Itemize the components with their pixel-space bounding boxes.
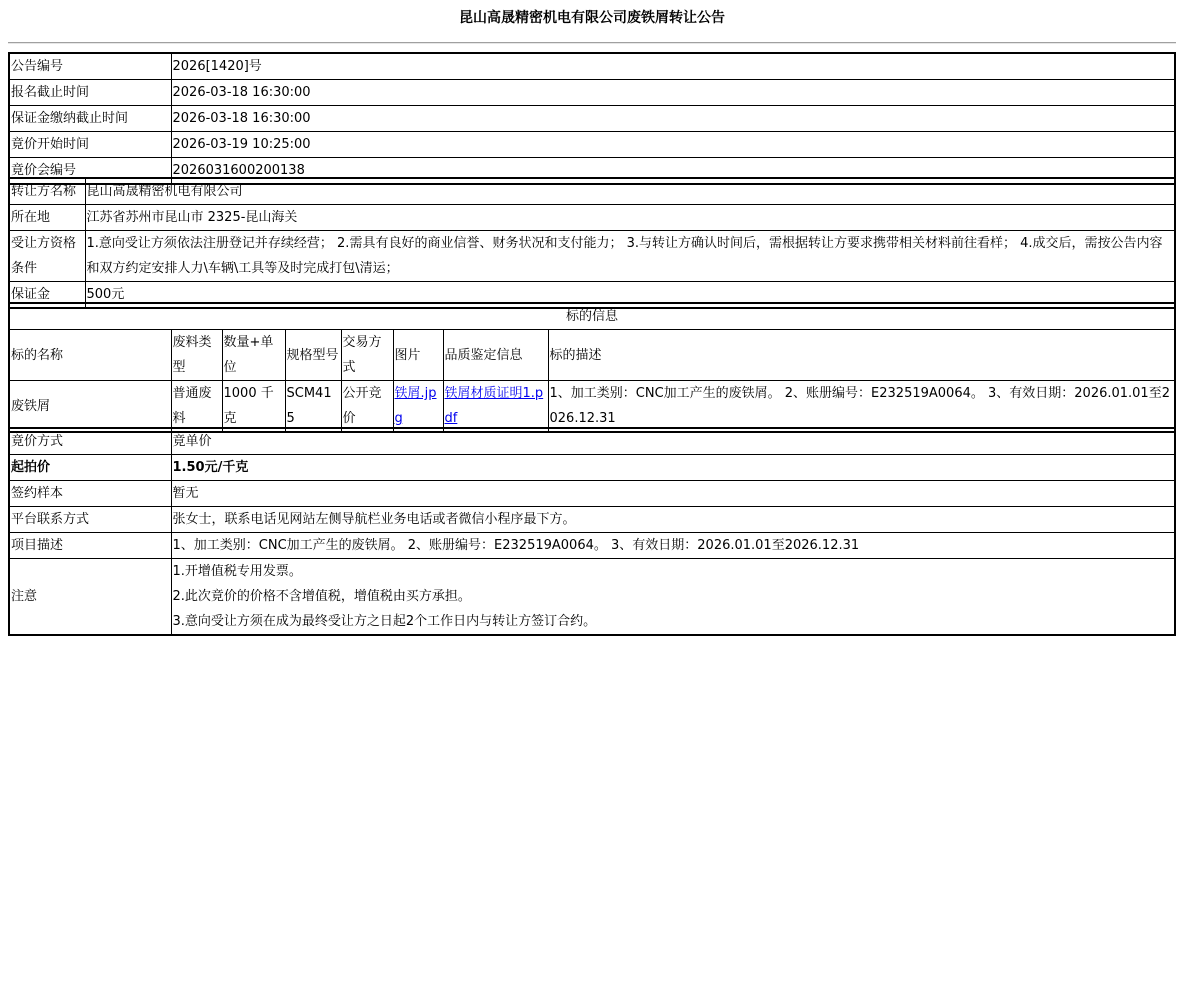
item-image-cell: 铁屑.jpg [393, 381, 443, 433]
platform-contact: 张女士，联系电话见网站左侧导航栏业务电话或者微信小程序最下方。 [171, 507, 1175, 533]
table-row: 竟价方式 竟单价 [9, 428, 1175, 455]
announcement-number: 2026[1420]号 [171, 53, 1175, 80]
project-description: 1、加工类别：CNC加工产生的废铁屑。 2、账册编号：E232519A0064。… [171, 533, 1175, 559]
table-row: 签约样本 暂无 [9, 481, 1175, 507]
title-divider [8, 42, 1176, 44]
section-header-row: 标的信息 [9, 303, 1175, 330]
column-header: 标的描述 [548, 330, 1175, 381]
items-table: 标的信息 标的名称 废料类型 数量+单位 规格型号 交易方式 图片 品质鉴定信息… [8, 302, 1176, 433]
bidding-table: 竟价方式 竟单价 起拍价 1.50元/千克 签约样本 暂无 平台联系方式 张女士… [8, 427, 1176, 636]
row-label: 起拍价 [9, 455, 171, 481]
item-waste-type: 普通废料 [171, 381, 222, 433]
item-description: 1、加工类别：CNC加工产生的废铁屑。 2、账册编号：E232519A0064。… [548, 381, 1175, 433]
table-row: 平台联系方式 张女士，联系电话见网站左侧导航栏业务电话或者微信小程序最下方。 [9, 507, 1175, 533]
row-label: 受让方资格条件 [9, 231, 85, 282]
item-name: 废铁屑 [9, 381, 171, 433]
column-header-row: 标的名称 废料类型 数量+单位 规格型号 交易方式 图片 品质鉴定信息 标的描述 [9, 330, 1175, 381]
row-label: 报名截止时间 [9, 80, 171, 106]
row-label: 保证金缴纳截止时间 [9, 106, 171, 132]
row-label: 转让方名称 [9, 178, 85, 205]
note-item: 3.意向受让方须在成为最终受让方之日起2个工作日内与转让方签订合约。 [173, 609, 1174, 634]
column-header: 标的名称 [9, 330, 171, 381]
starting-price: 1.50元/千克 [171, 455, 1175, 481]
item-trade-method: 公开竞价 [341, 381, 393, 433]
column-header: 废料类型 [171, 330, 222, 381]
table-row: 竟价开始时间 2026-03-19 10:25:00 [9, 132, 1175, 158]
table-row: 废铁屑 普通废料 1000 千克 SCM415 公开竞价 铁屑.jpg 铁屑材质… [9, 381, 1175, 433]
row-label: 项目描述 [9, 533, 171, 559]
item-quantity: 1000 千克 [222, 381, 285, 433]
row-label: 注意 [9, 559, 171, 636]
table-row: 注意 1.开增值税专用发票。 2.此次竟价的价格不含增值税，增值税由买方承担。 … [9, 559, 1175, 636]
page-title: 昆山高晟精密机电有限公司废铁屑转让公告 [0, 9, 1184, 27]
note-item: 1.开增值税专用发票。 [173, 559, 1174, 584]
row-label: 签约样本 [9, 481, 171, 507]
row-label: 竟价方式 [9, 428, 171, 455]
transferor-name: 昆山高晟精密机电有限公司 [85, 178, 1175, 205]
row-label: 所在地 [9, 205, 85, 231]
table-row: 起拍价 1.50元/千克 [9, 455, 1175, 481]
location: 江苏省苏州市昆山市 2325-昆山海关 [85, 205, 1175, 231]
notes-cell: 1.开增值税专用发票。 2.此次竟价的价格不含增值税，增值税由买方承担。 3.意… [171, 559, 1175, 636]
column-header: 交易方式 [341, 330, 393, 381]
table-row: 项目描述 1、加工类别：CNC加工产生的废铁屑。 2、账册编号：E232519A… [9, 533, 1175, 559]
section-title: 标的信息 [9, 303, 1175, 330]
image-link[interactable]: 铁屑.jpg [395, 386, 437, 426]
column-header: 数量+单位 [222, 330, 285, 381]
transferor-table: 转让方名称 昆山高晟精密机电有限公司 所在地 江苏省苏州市昆山市 2325-昆山… [8, 177, 1176, 309]
registration-deadline: 2026-03-18 16:30:00 [171, 80, 1175, 106]
bidding-start-time: 2026-03-19 10:25:00 [171, 132, 1175, 158]
column-header: 图片 [393, 330, 443, 381]
table-row: 受让方资格条件 1.意向受让方须依法注册登记并存续经营； 2.需具有良好的商业信… [9, 231, 1175, 282]
note-item: 2.此次竟价的价格不含增值税，增值税由买方承担。 [173, 584, 1174, 609]
column-header: 品质鉴定信息 [443, 330, 548, 381]
row-label: 公告编号 [9, 53, 171, 80]
row-label: 平台联系方式 [9, 507, 171, 533]
table-row: 保证金缴纳截止时间 2026-03-18 16:30:00 [9, 106, 1175, 132]
item-spec: SCM415 [285, 381, 341, 433]
contract-sample: 暂无 [171, 481, 1175, 507]
table-row: 所在地 江苏省苏州市昆山市 2325-昆山海关 [9, 205, 1175, 231]
table-row: 报名截止时间 2026-03-18 16:30:00 [9, 80, 1175, 106]
bidding-method: 竟单价 [171, 428, 1175, 455]
table-row: 转让方名称 昆山高晟精密机电有限公司 [9, 178, 1175, 205]
row-label: 竟价开始时间 [9, 132, 171, 158]
quality-certificate-link[interactable]: 铁屑材质证明1.pdf [445, 386, 544, 426]
announcement-table: 公告编号 2026[1420]号 报名截止时间 2026-03-18 16:30… [8, 52, 1176, 185]
table-row: 公告编号 2026[1420]号 [9, 53, 1175, 80]
item-quality-cell: 铁屑材质证明1.pdf [443, 381, 548, 433]
deposit-deadline: 2026-03-18 16:30:00 [171, 106, 1175, 132]
buyer-qualifications: 1.意向受让方须依法注册登记并存续经营； 2.需具有良好的商业信誉、财务状况和支… [85, 231, 1175, 282]
column-header: 规格型号 [285, 330, 341, 381]
